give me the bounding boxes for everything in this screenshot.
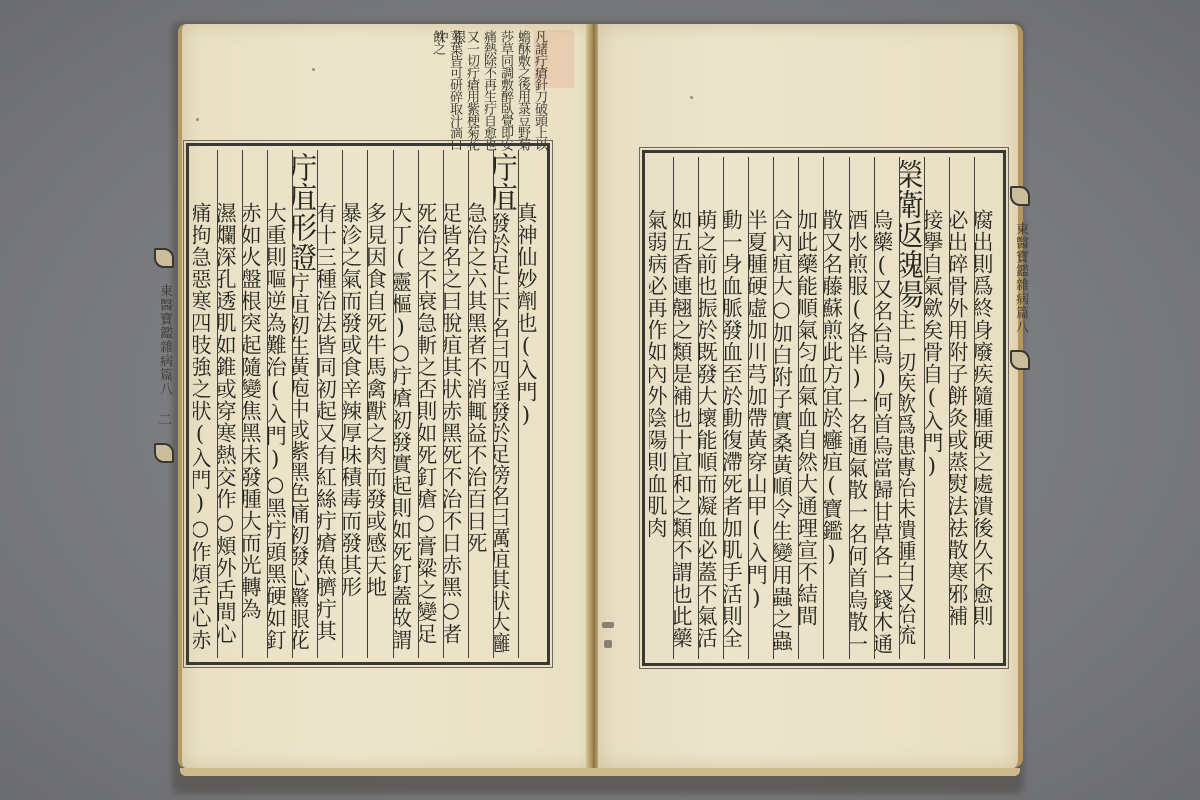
text-column: 萌之前也振於既發大壞能順而凝血必蓋不氣活陽 — [698, 157, 723, 659]
paper-speck — [690, 96, 693, 99]
text-column: 散又名藤蘇煎此方宜於癰疽(寶鑑) — [823, 157, 848, 659]
section-heading: 榮衛返魂湯 — [899, 159, 923, 309]
text-column: 暴沴之氣而發或食辛辣厚味積毒而發其形 — [342, 150, 367, 658]
fold-edge-title: 東醫寶鑑雜病篇八 — [1013, 222, 1028, 334]
text-column: 烏藥(又名台烏)何首烏當歸甘草各一錢木通赤芍藥白芷茴香 — [874, 157, 899, 659]
section-column-dingju-xingzheng: 疔疽形證疔疽初生黃疱中或紫黑色痛初發心驚眼花若癢後 — [292, 150, 317, 658]
fish-tail-mark-icon — [1010, 186, 1030, 206]
text-column: 有十三種治法皆同初起又有紅絲疔瘡魚臍疔其一 — [317, 150, 342, 658]
section-column-dingju: 疔疽發於足上下名曰四淫發於足傍名曰厲疽其狀大癰不急治百日死○發於足上下名曰四淫 — [493, 150, 518, 658]
right-text-block: 腐出則爲終身廢疾隨腫硬之處潰後久不愈則 必出碎骨外用附子餅灸或蒸熨法祛散寒邪補 … — [642, 150, 1006, 666]
left-text-block: 真神仙妙劑也(入門) 疔疽發於足上下名曰四淫發於足傍名曰厲疽其狀大癰不急治百日死… — [186, 143, 550, 665]
text-column: 足皆名之曰脫疽其狀赤黑死不治不日赤黑○者發不於 — [443, 150, 468, 658]
text-column: 氣弱病必再作如內外陰陽則血肌肉 — [649, 157, 673, 659]
note-column: 蟾酥敷之後用菉豆野菊 — [514, 30, 529, 150]
text-column: 酒水煎服(各半)一名通氣散一名何首烏散一名順氣散 — [849, 157, 874, 659]
fold-edge-title: 東醫寶鑑雜病篇八 — [157, 284, 172, 396]
note-column: 凡諸疔瘡針刀破頭上以 — [531, 30, 546, 150]
text-column: 急治之六其黑者不消輒益不治百日死 — [468, 150, 493, 658]
section-heading: 疔疽 — [493, 152, 517, 212]
text-column: 必出碎骨外用附子餅灸或蒸熨法祛散寒邪補 — [949, 157, 974, 659]
text-column: 濕爛深孔透肌如錐或穿寒熱交作○頰外舌間心驚黑頭 — [217, 150, 242, 658]
text-column: 接擧自氣歛矣骨自(入門) — [924, 157, 949, 659]
text-column: 死治之不衰急斬之否則如死釘瘡○膏粱之變足生 — [418, 150, 443, 658]
section-body: 發於足上下名曰四淫發於足傍名曰厲疽其狀大癰不急治百日死○發於足上下名曰四淫 — [493, 152, 511, 653]
section-heading: 疔疽形證 — [292, 152, 316, 272]
fish-tail-mark-icon — [154, 443, 174, 463]
marginal-handwritten-note: 凡諸疔瘡針刀破頭上以 蟾酥敷之後用菉豆野菊 莎草同調敷醉臥覺即安 痛熱除不再生疔… — [370, 30, 546, 150]
section-column-yingwei-fanhun-tang: 榮衛返魂湯主一切疾飲爲患專治未潰腫白又治流注瘰癧發背 — [899, 157, 924, 659]
fish-tail-mark-icon — [154, 248, 174, 268]
note-column: 莎草同調敷醉臥覺即安 — [497, 30, 512, 150]
text-column: 赤如火盤根突起隨變焦黑未發腫大而光轉為 — [242, 150, 267, 658]
right-columns: 腐出則爲終身廢疾隨腫硬之處潰後久不愈則 必出碎骨外用附子餅灸或蒸熨法祛散寒邪補 … — [649, 157, 999, 659]
text-column: 如五香連翹之類是補也十宜和之類不謂也此藥無 — [673, 157, 698, 659]
ink-smudge — [604, 640, 612, 648]
right-fold-edge: 東醫寶鑑雜病篇八 — [1008, 186, 1030, 606]
note-column: 又一切疔瘡用紫梗菊花根 — [463, 30, 478, 150]
text-column: 大重則嘔逆為難治(入門)○黑疔頭黑硬如釘四畔帶 — [267, 150, 292, 658]
text-column: 腐出則爲終身廢疾隨腫硬之處潰後久不愈則 — [974, 157, 999, 659]
text-column: 多見因食自死牛馬禽獸之肉而發或感天地 — [367, 150, 392, 658]
page-block-edge — [180, 768, 1020, 776]
paper-speck — [196, 118, 199, 121]
note-column: 莖葉皆可研碎取汁滴口中 — [446, 30, 461, 150]
fish-tail-mark-icon — [1010, 350, 1030, 370]
ink-smudge — [602, 622, 614, 628]
left-columns: 真神仙妙劑也(入門) 疔疽發於足上下名曰四淫發於足傍名曰厲疽其狀大癰不急治百日死… — [193, 150, 543, 658]
left-fold-edge: 東醫寶鑑雜病篇八 二 — [152, 248, 174, 648]
paper-speck — [312, 68, 315, 71]
text-column: 加此藥能順氣匀血氣血自然大通理宣不結間 — [798, 157, 823, 659]
text-column: 大丁(靈樞)○疔瘡初發實起則如死釘蓋故謂之疔近世 — [393, 150, 418, 658]
text-column: 半夏腫硬虛加川芎加帶黃穿山甲(入門) — [748, 157, 773, 659]
note-column: 痛熱除不再生疔自愈也 — [480, 30, 495, 150]
text-column: 真神仙妙劑也(入門) — [518, 150, 543, 658]
note-column: 飲之 — [429, 30, 444, 150]
text-column: 合內疽大○加白附子實桑黃順令生變用蟲之蟲 — [773, 157, 798, 659]
text-column: 動一身血脈發血至於動復滯死者加肌手活則全可 — [723, 157, 748, 659]
fold-page-number: 二 — [156, 412, 172, 427]
text-column: 痛拘急惡寒四肢強之狀(入門)○作煩舌心赤黑 — [193, 150, 217, 658]
